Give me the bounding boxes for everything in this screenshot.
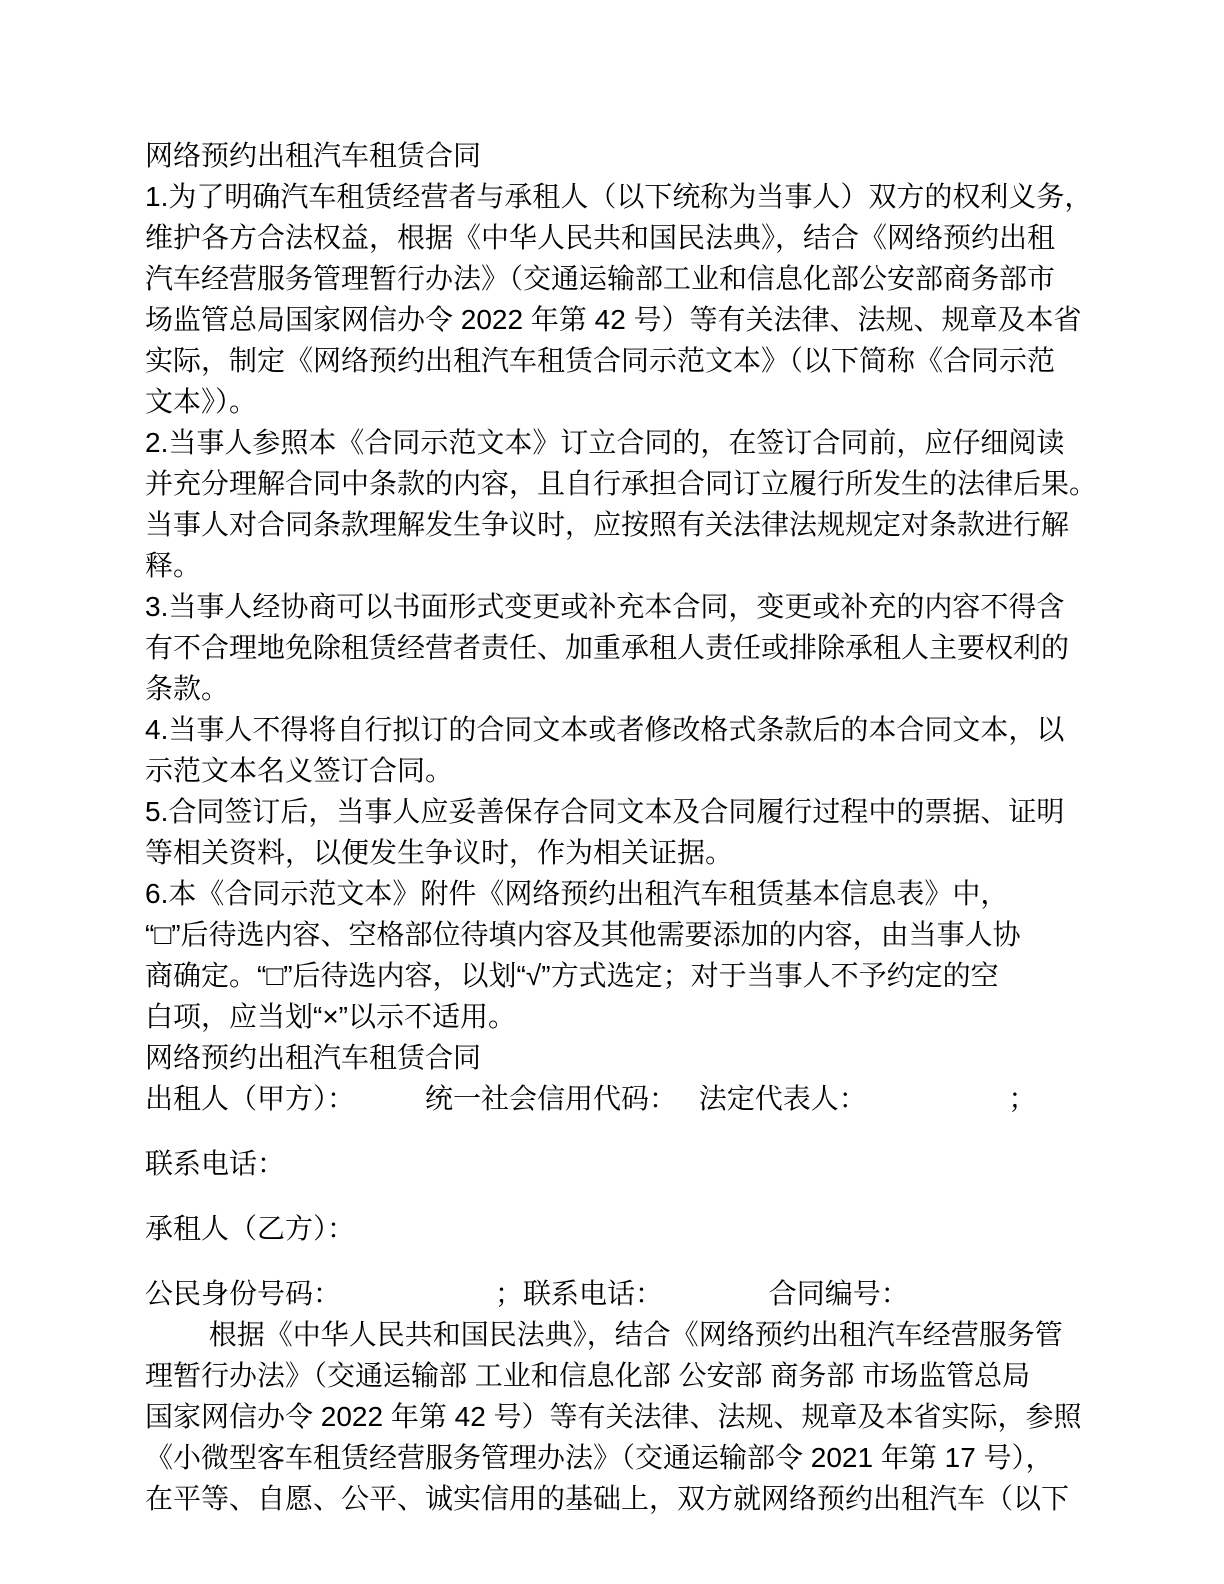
preamble-line: 国家网信办令 2022 年第 42 号）等有关法律、法规、规章及本省实际，参照 <box>145 1396 1174 1437</box>
blank-line <box>145 1184 1174 1208</box>
clause-4-line: 4.当事人不得将自行拟订的合同文本或者修改格式条款后的本合同文本，以 <box>145 709 1174 750</box>
lessor-info-line: 出租人（甲方）： 统一社会信用代码： 法定代表人： ； <box>145 1078 1174 1119</box>
contact-phone-line: 联系电话： <box>145 1143 1174 1184</box>
section-title: 网络预约出租汽车租赁合同 <box>145 1037 1174 1078</box>
preamble-line: 在平等、自愿、公平、诚实信用的基础上，双方就网络预约出租汽车（以下 <box>145 1478 1174 1519</box>
blank-line <box>145 1249 1174 1273</box>
clause-1-line: 汽车经营服务管理暂行办法》（交通运输部工业和信息化部公安部商务部市 <box>145 258 1174 299</box>
lessee-info-line: 承租人（乙方）： <box>145 1208 1174 1249</box>
clause-2-line: 并充分理解合同中条款的内容，且自行承担合同订立履行所发生的法律后果。 <box>145 463 1174 504</box>
clause-6-line: 白项，应当划“×”以示不适用。 <box>145 996 1174 1037</box>
contract-document-page: 网络预约出租汽车租赁合同 1.为了明确汽车租赁经营者与承租人（以下统称为当事人）… <box>0 0 1224 1584</box>
preamble-line: 理暂行办法》（交通运输部 工业和信息化部 公安部 商务部 市场监管总局 <box>145 1355 1174 1396</box>
clause-5-line: 5.合同签订后，当事人应妥善保存合同文本及合同履行过程中的票据、证明 <box>145 791 1174 832</box>
clause-6-line: 6.本《合同示范文本》附件《网络预约出租汽车租赁基本信息表》中， <box>145 873 1174 914</box>
clause-3-line: 有不合理地免除租赁经营者责任、加重承租人责任或排除承租人主要权利的 <box>145 627 1174 668</box>
preamble-line: 根据《中华人民共和国民法典》，结合《网络预约出租汽车经营服务管 <box>145 1314 1174 1355</box>
clause-2-line: 当事人对合同条款理解发生争议时，应按照有关法律法规规定对条款进行解 <box>145 504 1174 545</box>
clause-6-line: 商确定。“□”后待选内容，以划“√”方式选定；对于当事人不予约定的空 <box>145 955 1174 996</box>
clause-1-line: 维护各方合法权益，根据《中华人民共和国民法典》，结合《网络预约出租 <box>145 217 1174 258</box>
document-title: 网络预约出租汽车租赁合同 <box>145 135 1174 176</box>
clause-5-line: 等相关资料，以便发生争议时，作为相关证据。 <box>145 832 1174 873</box>
id-number-line: 公民身份号码： ；联系电话： 合同编号： <box>145 1273 1174 1314</box>
clause-6-line: “□”后待选内容、空格部位待填内容及其他需要添加的内容，由当事人协 <box>145 914 1174 955</box>
clause-1-line: 1.为了明确汽车租赁经营者与承租人（以下统称为当事人）双方的权利义务， <box>145 176 1174 217</box>
clause-4-line: 示范文本名义签订合同。 <box>145 750 1174 791</box>
clause-2-line: 释。 <box>145 545 1174 586</box>
clause-1-line: 实际，制定《网络预约出租汽车租赁合同示范文本》（以下简称《合同示范 <box>145 340 1174 381</box>
clause-1-line: 场监管总局国家网信办令 2022 年第 42 号）等有关法律、法规、规章及本省 <box>145 299 1174 340</box>
preamble-line: 《小微型客车租赁经营服务管理办法》（交通运输部令 2021 年第 17 号）， <box>145 1437 1174 1478</box>
clause-3-line: 条款。 <box>145 668 1174 709</box>
blank-line <box>145 1119 1174 1143</box>
clause-2-line: 2.当事人参照本《合同示范文本》订立合同的，在签订合同前，应仔细阅读 <box>145 422 1174 463</box>
clause-1-line: 文本》）。 <box>145 381 1174 422</box>
clause-3-line: 3.当事人经协商可以书面形式变更或补充本合同，变更或补充的内容不得含 <box>145 586 1174 627</box>
